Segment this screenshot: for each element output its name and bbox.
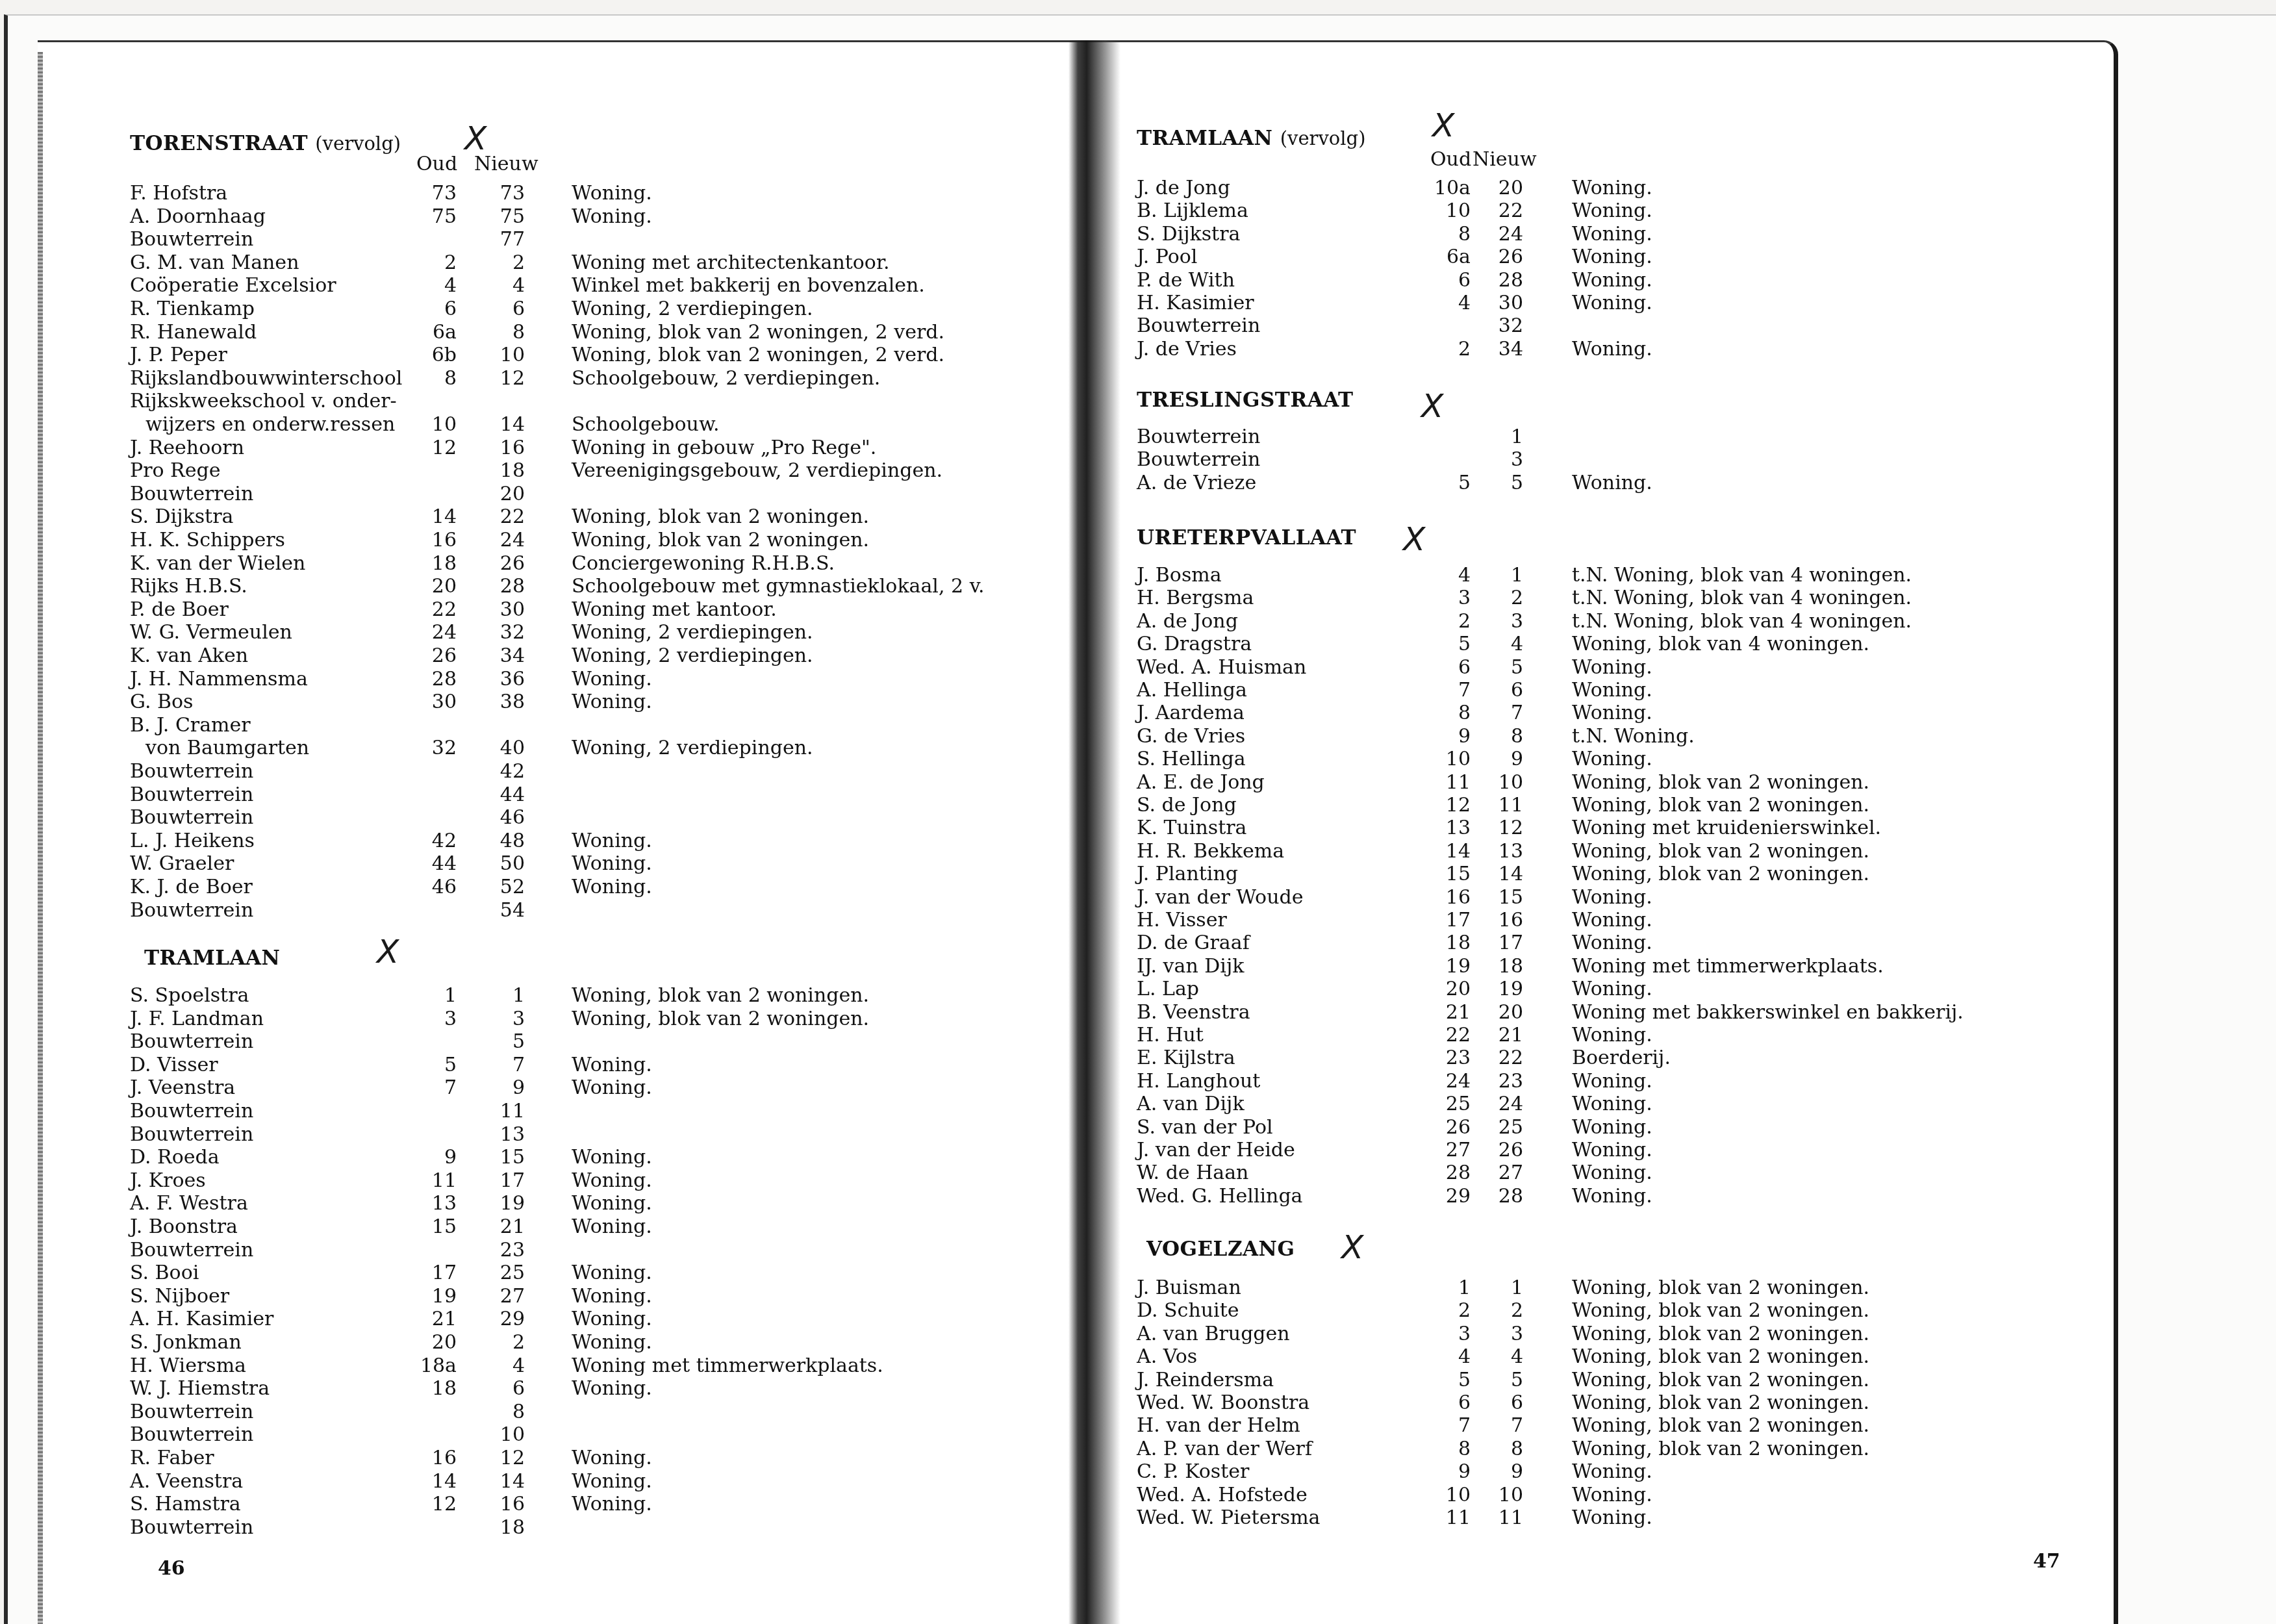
resident-name: H. Hut <box>1137 1024 1204 1047</box>
old-house-number: 12 <box>1412 794 1471 817</box>
resident-name: J. H. Nammensma <box>130 668 308 691</box>
new-house-number: 7 <box>1465 702 1523 724</box>
building-description: Woning met timmerwerkplaats. <box>1572 955 1884 978</box>
old-house-number: 23 <box>1412 1047 1471 1069</box>
new-house-number: 10 <box>1465 771 1523 794</box>
resident-name: Rijkskweekschool v. onder- <box>130 390 397 412</box>
table-row: L. J. Heikens4248Woning. <box>130 830 1039 852</box>
old-house-number: 6 <box>1412 656 1471 679</box>
building-description: Woning, blok van 2 woningen. <box>1572 771 1869 794</box>
table-row: G. M. van Manen22Woning met architectenk… <box>130 251 1039 274</box>
building-description: Woning met architectenkantoor. <box>572 251 889 274</box>
resident-name: J. de Vries <box>1137 338 1237 361</box>
table-row: Bouwterrein77 <box>130 228 1039 251</box>
new-house-number: 32 <box>1465 314 1523 337</box>
building-description: t.N. Woning, blok van 4 woningen. <box>1572 564 1912 587</box>
building-description: Woning, 2 verdiepingen. <box>572 298 813 320</box>
resident-name: Pro Rege <box>130 459 220 482</box>
old-house-number: 29 <box>1412 1185 1471 1208</box>
old-house-number: 7 <box>1412 679 1471 702</box>
resident-name: H. Kasimier <box>1137 292 1254 314</box>
street-name: TRAMLAAN <box>1137 127 1272 150</box>
building-description: Woning. <box>572 1470 652 1493</box>
old-house-number: 24 <box>1412 1070 1471 1093</box>
new-house-number: 5 <box>1465 472 1523 494</box>
table-row: von Baumgarten3240Woning, 2 verdiepingen… <box>130 737 1039 759</box>
resident-name: A. E. de Jong <box>1137 771 1265 794</box>
new-house-number: 14 <box>466 413 525 436</box>
building-description: Woning, blok van 2 woningen. <box>1572 840 1869 863</box>
building-description: Woning. <box>1572 1460 1652 1483</box>
table-row: R. Hanewald6a8Woning, blok van 2 woninge… <box>130 321 1039 344</box>
table-row: H. Bergsma32t.N. Woning, blok van 4 woni… <box>1137 587 2046 609</box>
old-house-number: 3 <box>1412 587 1471 609</box>
resident-name: R. Tienkamp <box>130 298 255 320</box>
resident-name: F. Hofstra <box>130 182 227 205</box>
new-house-number: 4 <box>466 274 525 297</box>
old-house-number: 11 <box>1412 1506 1471 1529</box>
building-description: Woning met kantoor. <box>572 598 777 621</box>
old-house-number: 75 <box>398 205 457 228</box>
table-row: Bouwterrein1 <box>1137 425 2046 448</box>
building-description: Woning. <box>572 852 652 875</box>
new-house-number: 19 <box>1465 978 1523 1000</box>
old-house-number: 1 <box>1412 1276 1471 1299</box>
resident-name: K. van der Wielen <box>130 552 305 575</box>
resident-name: J. Aardema <box>1137 702 1245 724</box>
table-row: J. Bosma41t.N. Woning, blok van 4 woning… <box>1137 564 2046 587</box>
table-row: Bouwterrein44 <box>130 783 1039 806</box>
resident-name: D. de Graaf <box>1137 932 1250 954</box>
table-row: S. Booi1725Woning. <box>130 1262 1039 1284</box>
resident-name: H. Langhout <box>1137 1070 1260 1093</box>
resident-name: A. van Dijk <box>1137 1093 1245 1115</box>
resident-name: G. de Vries <box>1137 725 1245 748</box>
resident-name: J. P. Peper <box>130 344 227 366</box>
new-house-number: 54 <box>466 899 525 922</box>
old-house-number: 44 <box>398 852 457 875</box>
resident-name: Coöperatie Excelsior <box>130 274 336 297</box>
new-house-number: 8 <box>466 321 525 344</box>
table-row: A. E. de Jong1110Woning, blok van 2 woni… <box>1137 771 2046 794</box>
new-house-number: 9 <box>1465 1460 1523 1483</box>
table-row: Rijks H.B.S.2028Schoolgebouw met gymnast… <box>130 575 1039 598</box>
building-description: Woning, 2 verdiepingen. <box>572 737 813 759</box>
column-header-oud: Oud <box>1430 148 1471 171</box>
table-row: Bouwterrein13 <box>130 1123 1039 1146</box>
old-house-number: 9 <box>1412 725 1471 748</box>
table-row: Wed. G. Hellinga2928Woning. <box>1137 1185 2046 1208</box>
old-house-number: 10 <box>1412 1484 1471 1506</box>
old-house-number: 6 <box>398 298 457 320</box>
table-row: B. Lijklema1022Woning. <box>1137 199 2046 222</box>
building-description: Woning. <box>1572 978 1652 1000</box>
old-house-number: 9 <box>398 1146 457 1169</box>
building-description: Woning. <box>1572 1024 1652 1047</box>
old-house-number: 19 <box>1412 955 1471 978</box>
table-row: Rijkskweekschool v. onder- <box>130 390 1039 412</box>
resident-name: K. J. de Boer <box>130 876 253 898</box>
old-house-number: 5 <box>1412 1369 1471 1391</box>
new-house-number: 11 <box>1465 1506 1523 1529</box>
table-row: J. Buisman11Woning, blok van 2 woningen. <box>1137 1276 2046 1299</box>
resident-name: S. Dijkstra <box>130 505 233 528</box>
building-description: Woning. <box>1572 932 1652 954</box>
new-house-number: 12 <box>466 367 525 390</box>
table-row: B. Veenstra2120Woning met bakkerswinkel … <box>1137 1001 2046 1024</box>
building-description: Woning. <box>1572 472 1652 494</box>
old-house-number: 15 <box>1412 863 1471 885</box>
resident-name: H. Visser <box>1137 909 1227 932</box>
resident-name: B. J. Cramer <box>130 714 251 737</box>
handwritten-check-mark: X <box>1421 390 1443 422</box>
resident-name: IJ. van Dijk <box>1137 955 1244 978</box>
table-row: F. Hofstra7373Woning. <box>130 182 1039 205</box>
building-description: Woning. <box>572 668 652 691</box>
continuation-label: (vervolg) <box>1280 127 1366 149</box>
building-description: Vereenigingsgebouw, 2 verdiepingen. <box>572 459 942 482</box>
new-house-number: 2 <box>466 251 525 274</box>
table-row: S. Spoelstra11Woning, blok van 2 woninge… <box>130 984 1039 1007</box>
table-row: Bouwterrein20 <box>130 483 1039 505</box>
building-description: Woning. <box>1572 1161 1652 1184</box>
resident-name: A. F. Westra <box>130 1192 248 1215</box>
old-house-number: 32 <box>398 737 457 759</box>
resident-name: von Baumgarten <box>145 737 309 759</box>
handwritten-check-mark: X <box>377 935 399 968</box>
street-name: VOGELZANG <box>1146 1237 1295 1261</box>
resident-name: Bouwterrein <box>130 1423 253 1446</box>
new-house-number: 52 <box>466 876 525 898</box>
new-house-number: 4 <box>1465 1345 1523 1368</box>
building-description: Woning. <box>1572 1116 1652 1139</box>
building-description: Woning. <box>572 1192 652 1215</box>
old-house-number: 26 <box>398 644 457 667</box>
section-heading: TRAMLAAN (vervolg) <box>1137 127 1365 150</box>
building-description: Woning. <box>1572 338 1652 361</box>
table-row: A. P. van der Werf88Woning, blok van 2 w… <box>1137 1438 2046 1460</box>
new-house-number: 18 <box>1465 955 1523 978</box>
table-row: D. Visser57Woning. <box>130 1054 1039 1076</box>
new-house-number: 10 <box>1465 1484 1523 1506</box>
table-row: P. de With628Woning. <box>1137 269 2046 292</box>
table-row: IJ. van Dijk1918Woning met timmerwerkpla… <box>1137 955 2046 978</box>
table-row: K. van der Wielen1826Conciergewoning R.H… <box>130 552 1039 575</box>
old-house-number: 46 <box>398 876 457 898</box>
table-row: W. de Haan2827Woning. <box>1137 1161 2046 1184</box>
new-house-number: 12 <box>466 1447 525 1469</box>
table-row: Bouwterrein11 <box>130 1100 1039 1123</box>
new-house-number: 19 <box>466 1192 525 1215</box>
new-house-number: 44 <box>466 783 525 806</box>
new-house-number: 21 <box>466 1215 525 1238</box>
new-house-number: 11 <box>1465 794 1523 817</box>
building-description: Woning. <box>572 1215 652 1238</box>
building-description: Woning, blok van 2 woningen. <box>572 984 869 1007</box>
old-house-number: 24 <box>398 621 457 644</box>
table-row: J. de Jong10a20Woning. <box>1137 177 2046 199</box>
old-house-number: 6 <box>1412 269 1471 292</box>
table-row: J. Reehoorn1216Woning in gebouw „Pro Reg… <box>130 437 1039 459</box>
building-description: Woning, blok van 2 woningen. <box>1572 1345 1869 1368</box>
table-row: W. Graeler4450Woning. <box>130 852 1039 875</box>
resident-name: Bouwterrein <box>130 483 253 505</box>
table-row: W. G. Vermeulen2432Woning, 2 verdiepinge… <box>130 621 1039 644</box>
resident-name: Rijks H.B.S. <box>130 575 247 598</box>
old-house-number: 18 <box>398 552 457 575</box>
new-house-number: 18 <box>466 1516 525 1539</box>
table-row: J. H. Nammensma2836Woning. <box>130 668 1039 691</box>
building-description: Woning, blok van 2 woningen. <box>1572 1414 1869 1437</box>
building-description: Woning. <box>1572 1093 1652 1115</box>
resident-name: H. R. Bekkema <box>1137 840 1284 863</box>
table-row: Wed. W. Boonstra66Woning, blok van 2 won… <box>1137 1391 2046 1414</box>
new-house-number: 1 <box>466 984 525 1007</box>
table-row: Pro Rege18Vereenigingsgebouw, 2 verdiepi… <box>130 459 1039 482</box>
resident-name: W. Graeler <box>130 852 234 875</box>
table-row: A. Veenstra1414Woning. <box>130 1470 1039 1493</box>
resident-name: D. Visser <box>130 1054 218 1076</box>
new-house-number: 26 <box>1465 246 1523 268</box>
building-description: Woning. <box>1572 748 1652 770</box>
old-house-number: 16 <box>1412 886 1471 909</box>
building-description: Woning. <box>1572 1506 1652 1529</box>
table-row: A. Doornhaag7575Woning. <box>130 205 1039 228</box>
column-header-oud: Oud <box>416 153 457 175</box>
building-description: Woning. <box>572 876 652 898</box>
building-description: Woning. <box>572 1493 652 1516</box>
handwritten-check-mark: X <box>1403 523 1425 555</box>
table-row: J. Aardema87Woning. <box>1137 702 2046 724</box>
new-house-number: 23 <box>466 1239 525 1262</box>
resident-name: W. J. Hiemstra <box>130 1377 270 1400</box>
new-house-number: 2 <box>1465 587 1523 609</box>
table-row: H. Kasimier430Woning. <box>1137 292 2046 314</box>
new-house-number: 17 <box>1465 932 1523 954</box>
building-description: Woning. <box>572 1285 652 1308</box>
table-row: S. van der Pol2625Woning. <box>1137 1116 2046 1139</box>
handwritten-check-mark: X <box>1432 109 1454 142</box>
resident-name: Bouwterrein <box>1137 425 1260 448</box>
resident-name: J. Planting <box>1137 863 1238 885</box>
building-description: Woning. <box>572 1076 652 1099</box>
new-house-number: 9 <box>1465 748 1523 770</box>
resident-name: J. Buisman <box>1137 1276 1241 1299</box>
resident-name: J. van der Woude <box>1137 886 1303 909</box>
old-house-number: 15 <box>398 1215 457 1238</box>
new-house-number: 40 <box>466 737 525 759</box>
building-description: Woning, blok van 2 woningen. <box>1572 1391 1869 1414</box>
street-name: TORENSTRAAT <box>130 132 308 155</box>
resident-name: Bouwterrein <box>130 1030 253 1053</box>
resident-name: J. Kroes <box>130 1169 206 1192</box>
building-description: Woning. <box>572 182 652 205</box>
new-house-number: 4 <box>1465 633 1523 655</box>
table-row: J. Planting1514Woning, blok van 2 woning… <box>1137 863 2046 885</box>
table-row: Bouwterrein10 <box>130 1423 1039 1446</box>
building-description: Woning. <box>1572 656 1652 679</box>
table-row: A. Vos44Woning, blok van 2 woningen. <box>1137 1345 2046 1368</box>
section-heading: TRAMLAAN <box>144 946 280 970</box>
table-row: D. de Graaf1817Woning. <box>1137 932 2046 954</box>
table-row: Coöperatie Excelsior44Winkel met bakkeri… <box>130 274 1039 297</box>
resident-name: H. K. Schippers <box>130 529 285 552</box>
page-number: 46 <box>158 1557 185 1580</box>
new-house-number: 28 <box>1465 269 1523 292</box>
building-description: Woning. <box>572 205 652 228</box>
building-description: Woning met timmerwerkplaats. <box>572 1354 883 1377</box>
old-house-number: 6b <box>398 344 457 366</box>
old-house-number: 19 <box>398 1285 457 1308</box>
new-house-number: 15 <box>1465 886 1523 909</box>
resident-name: D. Schuite <box>1137 1299 1239 1322</box>
building-description: Schoolgebouw met gymnastieklokaal, 2 v. <box>572 575 985 598</box>
new-house-number: 22 <box>1465 1047 1523 1069</box>
building-description: Woning. <box>1572 199 1652 222</box>
building-description: Woning, blok van 2 woningen. <box>1572 1369 1869 1391</box>
resident-name: wijzers en onderw.ressen <box>145 413 395 436</box>
old-house-number: 16 <box>398 1447 457 1469</box>
new-house-number: 20 <box>466 483 525 505</box>
building-description: Woning. <box>1572 1070 1652 1093</box>
old-house-number: 10a <box>1412 177 1471 199</box>
building-description: t.N. Woning. <box>1572 725 1695 748</box>
section-heading: VOGELZANG <box>1146 1237 1295 1261</box>
resident-name: A. Doornhaag <box>130 205 266 228</box>
new-house-number: 6 <box>466 298 525 320</box>
resident-name: Bouwterrein <box>130 1401 253 1423</box>
new-house-number: 15 <box>466 1146 525 1169</box>
resident-name: A. de Vrieze <box>1137 472 1256 494</box>
new-house-number: 8 <box>466 1401 525 1423</box>
continuation-label: (vervolg) <box>315 133 401 155</box>
column-header-nieuw: Nieuw <box>1473 148 1537 171</box>
resident-name: J. Pool <box>1137 246 1197 268</box>
resident-name: L. J. Heikens <box>130 830 255 852</box>
resident-name: J. van der Heide <box>1137 1139 1295 1161</box>
table-row: D. Roeda915Woning. <box>130 1146 1039 1169</box>
building-description: Woning. <box>572 1308 652 1330</box>
old-house-number: 10 <box>1412 199 1471 222</box>
building-description: Woning, blok van 2 woningen. <box>1572 1276 1869 1299</box>
new-house-number: 38 <box>466 691 525 713</box>
building-description: Woning, blok van 2 woningen. <box>1572 794 1869 817</box>
resident-name: G. M. van Manen <box>130 251 299 274</box>
old-house-number: 6a <box>398 321 457 344</box>
table-row: J. van der Woude1615Woning. <box>1137 886 2046 909</box>
table-row: D. Schuite22Woning, blok van 2 woningen. <box>1137 1299 2046 1322</box>
resident-name: Bouwterrein <box>130 1239 253 1262</box>
resident-name: Rijkslandbouwwinterschool <box>130 367 402 390</box>
building-description: Woning. <box>1572 223 1652 246</box>
resident-name: P. de Boer <box>130 598 229 621</box>
table-row: S. Hellinga109Woning. <box>1137 748 2046 770</box>
table-row: B. J. Cramer <box>130 714 1039 737</box>
old-house-number: 17 <box>398 1262 457 1284</box>
resident-name: A. de Jong <box>1137 610 1238 633</box>
resident-name: S. Jonkman <box>130 1331 242 1354</box>
old-house-number: 3 <box>398 1008 457 1030</box>
new-house-number: 10 <box>466 1423 525 1446</box>
building-description: Woning. <box>1572 177 1652 199</box>
old-house-number: 25 <box>1412 1093 1471 1115</box>
new-house-number: 26 <box>466 552 525 575</box>
resident-name: G. Dragstra <box>1137 633 1252 655</box>
old-house-number: 7 <box>1412 1414 1471 1437</box>
new-house-number: 16 <box>1465 909 1523 932</box>
new-house-number: 50 <box>466 852 525 875</box>
new-house-number: 1 <box>1465 425 1523 448</box>
new-house-number: 27 <box>1465 1161 1523 1184</box>
new-house-number: 5 <box>1465 1369 1523 1391</box>
building-description: Winkel met bakkerij en bovenzalen. <box>572 274 925 297</box>
table-row: Bouwterrein8 <box>130 1401 1039 1423</box>
old-house-number: 22 <box>1412 1024 1471 1047</box>
old-house-number: 28 <box>1412 1161 1471 1184</box>
new-house-number: 25 <box>1465 1116 1523 1139</box>
resident-name: Wed. G. Hellinga <box>1137 1185 1303 1208</box>
resident-name: S. Hellinga <box>1137 748 1246 770</box>
resident-name: J. F. Landman <box>130 1008 264 1030</box>
resident-name: S. Nijboer <box>130 1285 229 1308</box>
resident-name: Wed. A. Hofstede <box>1137 1484 1308 1506</box>
table-row: G. Dragstra54Woning, blok van 4 woningen… <box>1137 633 2046 655</box>
resident-name: Bouwterrein <box>1137 314 1260 337</box>
new-house-number: 18 <box>466 459 525 482</box>
resident-name: S. Booi <box>130 1262 199 1284</box>
old-house-number: 18a <box>398 1354 457 1377</box>
resident-name: J. Veenstra <box>130 1076 235 1099</box>
table-row: P. de Boer2230Woning met kantoor. <box>130 598 1039 621</box>
table-row: J. F. Landman33Woning, blok van 2 woning… <box>130 1008 1039 1030</box>
building-description: Woning, 2 verdiepingen. <box>572 644 813 667</box>
new-house-number: 75 <box>466 205 525 228</box>
building-description: Woning, blok van 2 woningen. <box>1572 1438 1869 1460</box>
building-description: Woning. <box>1572 292 1652 314</box>
old-house-number: 30 <box>398 691 457 713</box>
new-house-number: 26 <box>1465 1139 1523 1161</box>
building-description: Schoolgebouw. <box>572 413 720 436</box>
new-house-number: 30 <box>1465 292 1523 314</box>
building-description: Woning. <box>572 1054 652 1076</box>
building-description: Boerderij. <box>1572 1047 1671 1069</box>
new-house-number: 2 <box>1465 1299 1523 1322</box>
building-description: Conciergewoning R.H.B.S. <box>572 552 835 575</box>
old-house-number: 13 <box>1412 817 1471 839</box>
handwritten-check-mark: X <box>1341 1231 1363 1263</box>
resident-name: Bouwterrein <box>130 1100 253 1123</box>
new-house-number: 2 <box>466 1331 525 1354</box>
table-row: S. de Jong1211Woning, blok van 2 woninge… <box>1137 794 2046 817</box>
old-house-number: 5 <box>398 1054 457 1076</box>
building-description: Woning. <box>1572 1185 1652 1208</box>
building-description: Woning. <box>572 691 652 713</box>
building-description: Woning. <box>1572 886 1652 909</box>
building-description: Woning, blok van 2 woningen. <box>572 529 869 552</box>
new-house-number: 21 <box>1465 1024 1523 1047</box>
table-row: J. Veenstra79Woning. <box>130 1076 1039 1099</box>
table-row: H. K. Schippers1624Woning, blok van 2 wo… <box>130 529 1039 552</box>
resident-name: P. de With <box>1137 269 1235 292</box>
new-house-number: 36 <box>466 668 525 691</box>
building-description: t.N. Woning, blok van 4 woningen. <box>1572 610 1912 633</box>
new-house-number: 28 <box>466 575 525 598</box>
new-house-number: 73 <box>466 182 525 205</box>
table-row: E. Kijlstra2322Boerderij. <box>1137 1047 2046 1069</box>
table-row: H. Visser1716Woning. <box>1137 909 2046 932</box>
table-row: wijzers en onderw.ressen1014Schoolgebouw… <box>130 413 1039 436</box>
street-name: TRESLINGSTRAAT <box>1137 388 1354 412</box>
